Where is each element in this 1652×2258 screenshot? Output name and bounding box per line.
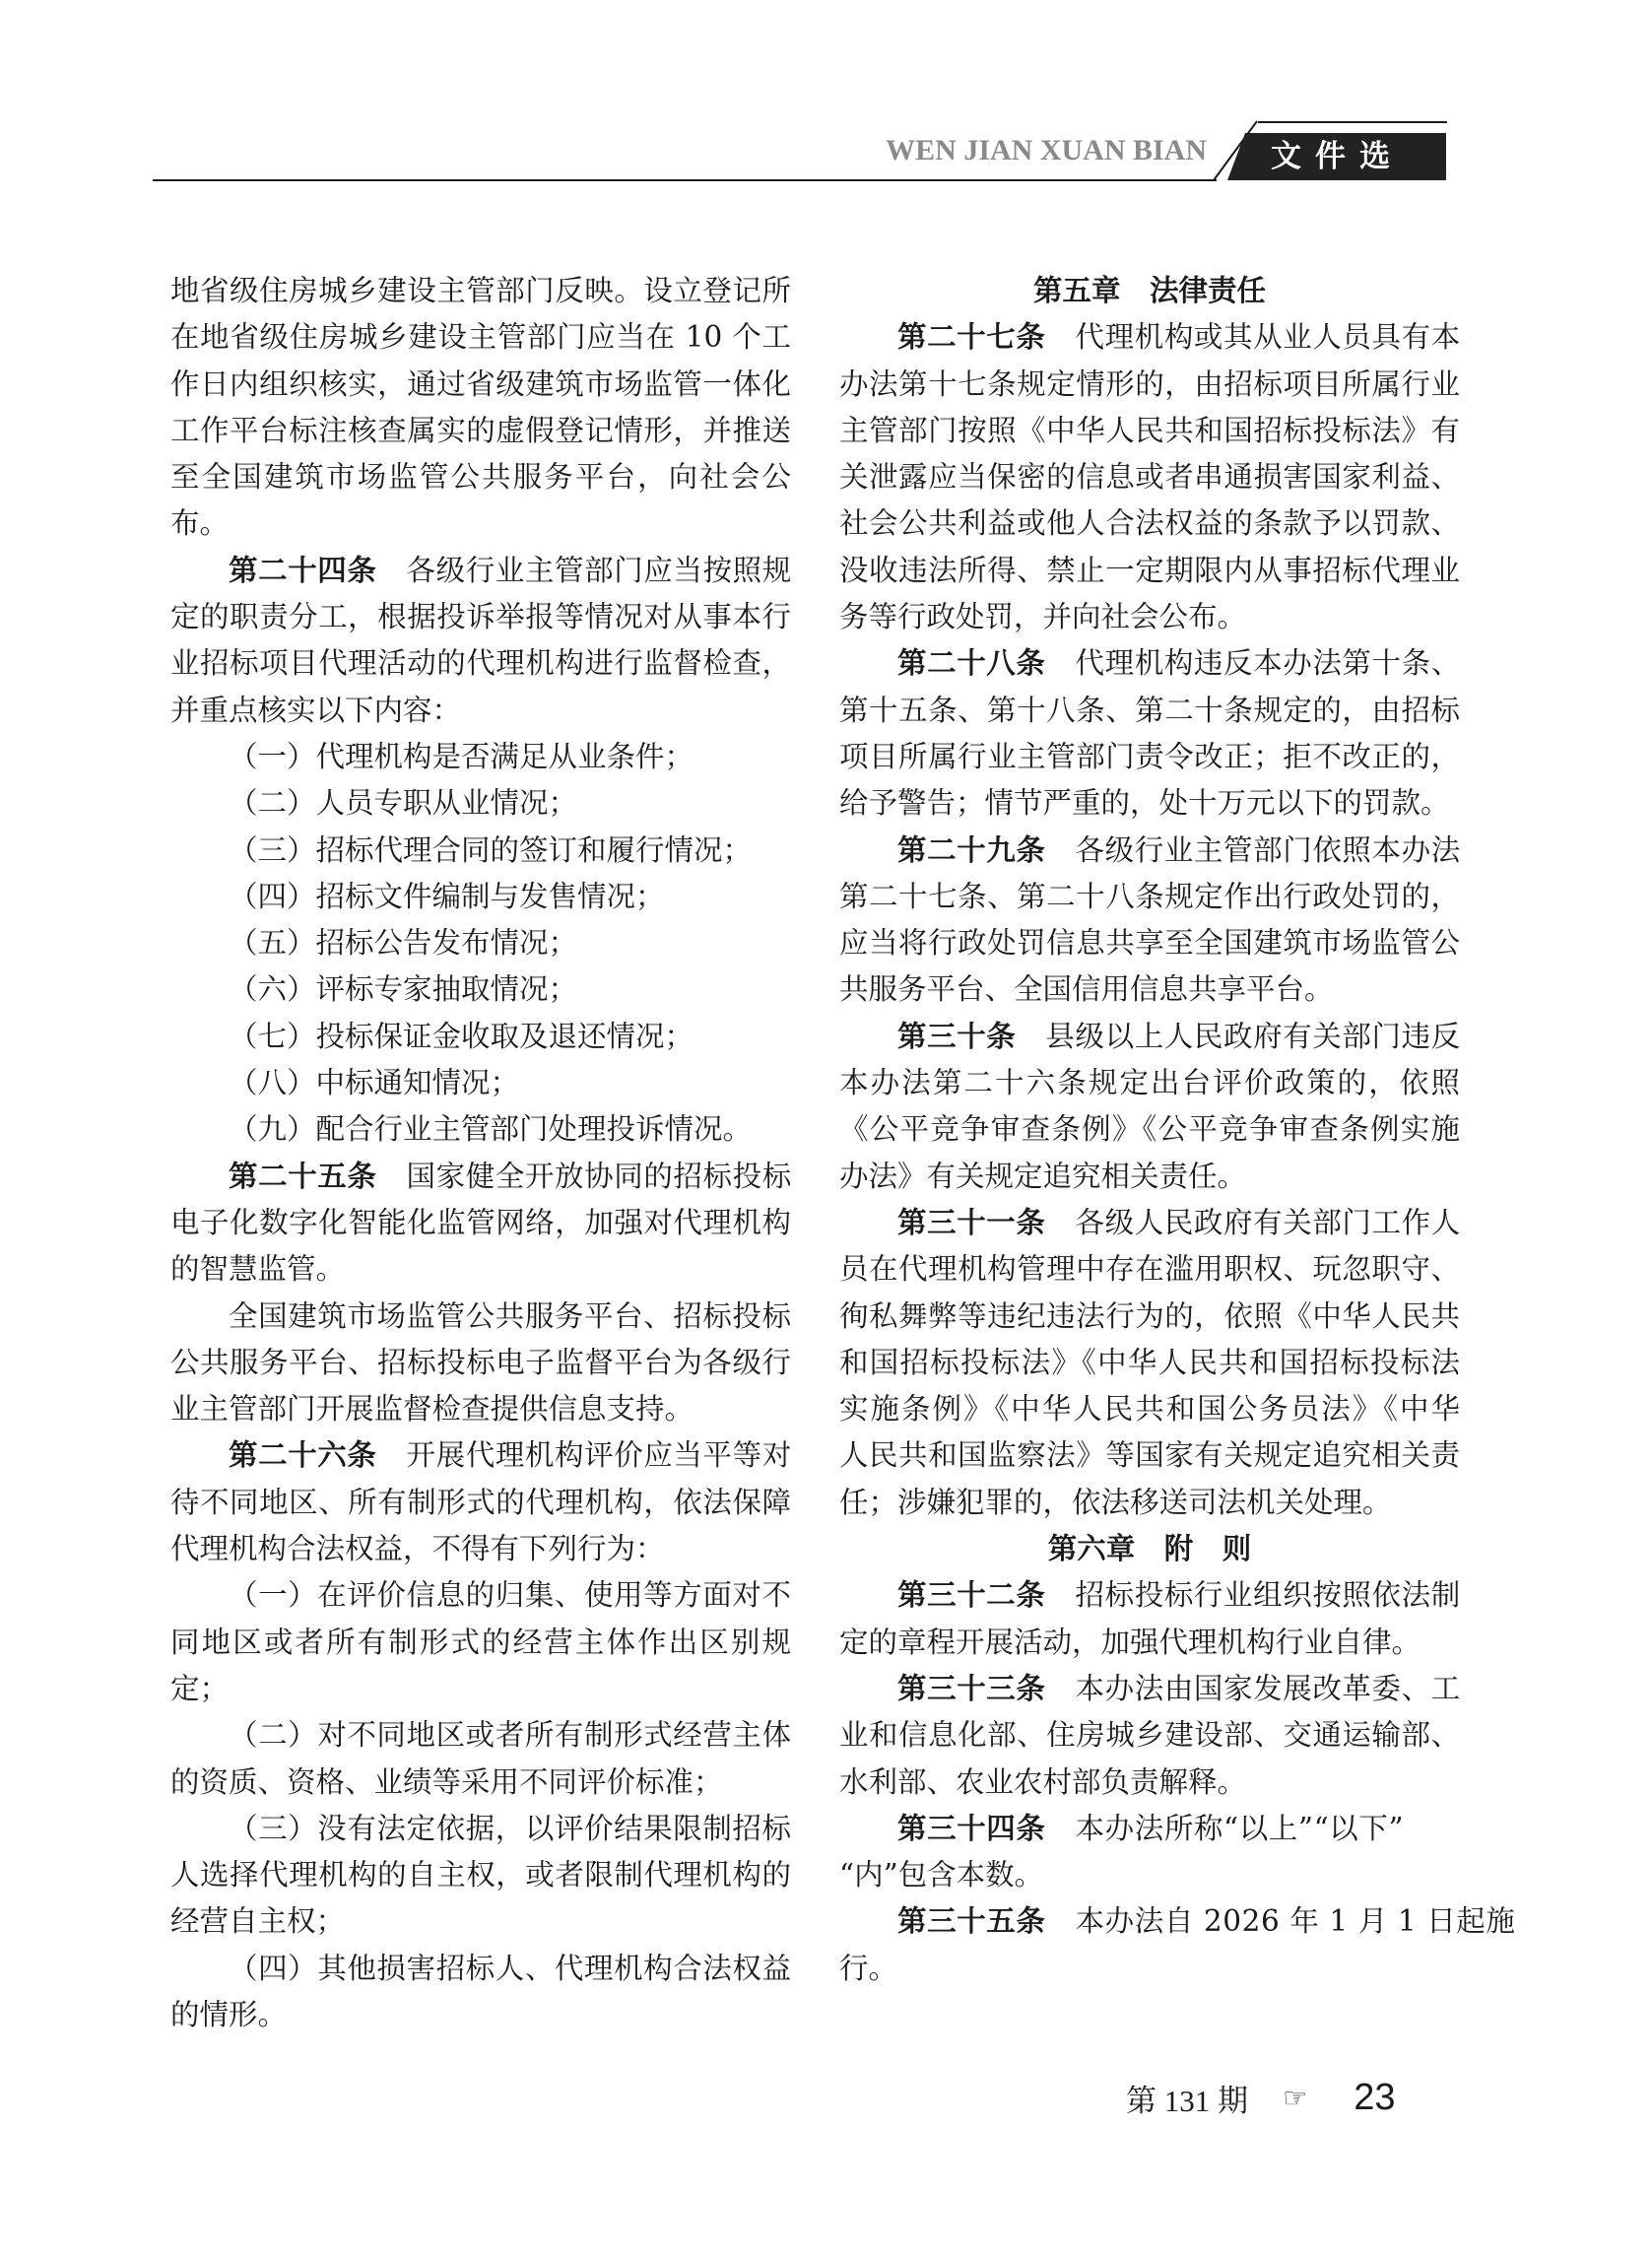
text-line: 共服务平台、全国信用信息共享平台。 [839,966,1460,1013]
list-item: （六）评标专家抽取情况； [170,966,791,1013]
text-line: 社会公共利益或他人合法权益的条款予以罚款、 [839,500,1460,547]
text-line: 业招标项目代理活动的代理机构进行监督检查， [170,640,791,687]
header-top-rule [1258,121,1447,123]
article-label: 第二十六条 [229,1438,377,1472]
text-line: 第三十五条本办法自 2026 年 1 月 1 日起施 [839,1898,1460,1945]
text-line: 经营自主权； [170,1898,791,1945]
left-column: 地省级住房城乡建设主管部门反映。设立登记所在地省级住房城乡建设主管部门应当在 1… [170,268,791,2038]
text-line: 第二十七条代理机构或其从业人员具有本 [839,314,1460,361]
list-item: （五）招标公告发布情况； [170,920,791,966]
text-line: 第二十五条国家健全开放协同的招标投标 [170,1154,791,1200]
article-label: 第三十一条 [897,1206,1046,1239]
text-line: 第十五条、第十八条、第二十条规定的，由招标 [839,688,1460,734]
text-line: 实施条例》《中华人民共和国公务员法》《中华 [839,1386,1460,1432]
article: 第三十三条本办法由国家发展改革委、工业和信息化部、住房城乡建设部、交通运输部、水… [839,1666,1460,1806]
text-line: 和国招标投标法》《中华人民共和国招标投标法 [839,1340,1460,1386]
article-label: 第二十八条 [897,646,1046,680]
paragraph: 全国建筑市场监管公共服务平台、招标投标公共服务平台、招标投标电子监督平台为各级行… [170,1294,791,1433]
text-line: 的智慧监管。 [170,1246,791,1293]
text-line: “内”包含本数。 [839,1852,1460,1898]
text-line: 人民共和国监察法》等国家有关规定追究相关责 [839,1432,1460,1479]
article: 第二十六条开展代理机构评价应当平等对待不同地区、所有制形式的代理机构，依法保障代… [170,1432,791,1572]
text-line: 布。 [170,500,791,547]
chapter-heading: 第五章 法律责任 [839,268,1460,314]
article: 第二十四条各级行业主管部门应当按照规定的职责分工，根据投诉举报等情况对从事本行业… [170,548,791,734]
text-line: 第三十一条各级人民政府有关部门工作人 [839,1200,1460,1246]
text-line: 第二十八条代理机构违反本办法第十条、 [839,640,1460,687]
text-line: 水利部、农业农村部负责解释。 [839,1760,1460,1806]
text-line: 应当将行政处罚信息共享至全国建筑市场监管公 [839,920,1460,966]
page-footer: 第 131 期 ☞ 23 [1126,2076,1396,2115]
text-line: 第二十四条各级行业主管部门应当按照规 [170,548,791,594]
text-line: 代理机构合法权益，不得有下列行为： [170,1526,791,1572]
article-label: 第三十四条 [897,1812,1046,1845]
article-label: 第三十二条 [897,1578,1046,1612]
article: 第二十九条各级行业主管部门依照本办法第二十七条、第二十八条规定作出行政处罚的，应… [839,828,1460,1014]
paragraph: 地省级住房城乡建设主管部门反映。设立登记所在地省级住房城乡建设主管部门应当在 1… [170,268,791,548]
pointing-hand-icon: ☞ [1283,2082,1307,2114]
text-line: 《公平竞争审查条例》《公平竞争审查条例实施 [839,1106,1460,1153]
text-line: 同地区或者所有制形式的经营主体作出区别规 [170,1620,791,1666]
article: 第三十条县级以上人民政府有关部门违反本办法第二十六条规定出台评价政策的，依照《公… [839,1014,1460,1200]
article-text: 县级以上人民政府有关部门违反 [1045,1020,1460,1053]
text-line: 定的职责分工，根据投诉举报等情况对从事本行 [170,594,791,640]
article-text: 本办法所称“以上”“以下” [1076,1812,1405,1845]
article-text: 代理机构违反本办法第十条、 [1076,646,1461,680]
text-line: 第三十条县级以上人民政府有关部门违反 [839,1014,1460,1060]
article-text: 开展代理机构评价应当平等对 [407,1438,792,1472]
list-item: （九）配合行业主管部门处理投诉情况。 [170,1106,791,1153]
text-line: 任；涉嫌犯罪的，依法移送司法机关处理。 [839,1480,1460,1526]
article-text: 国家健全开放协同的招标投标 [407,1160,792,1193]
text-line: 行。 [839,1946,1460,1992]
list-item: （三）招标代理合同的签订和履行情况； [170,828,791,874]
paragraph: （三）没有法定依据，以评价结果限制招标人选择代理机构的自主权，或者限制代理机构的… [170,1806,791,1946]
text-line: 第二十六条开展代理机构评价应当平等对 [170,1432,791,1479]
article-text: 各级人民政府有关部门工作人 [1076,1206,1461,1239]
article-label: 第三十三条 [897,1672,1046,1705]
text-line: 业主管部门开展监督检查提供信息支持。 [170,1386,791,1432]
text-line: （二）对不同地区或者所有制形式经营主体 [170,1712,791,1759]
article: 第三十四条本办法所称“以上”“以下”“内”包含本数。 [839,1806,1460,1899]
text-line: 定； [170,1666,791,1712]
article-label: 第二十五条 [229,1160,377,1193]
article: 第二十八条代理机构违反本办法第十条、第十五条、第十八条、第二十条规定的，由招标项… [839,640,1460,827]
text-line: 全国建筑市场监管公共服务平台、招标投标 [170,1294,791,1340]
list-item: （七）投标保证金收取及退还情况； [170,1014,791,1060]
text-line: 电子化数字化智能化监管网络，加强对代理机构 [170,1200,791,1246]
article: 第三十二条招标投标行业组织按照依法制定的章程开展活动，加强代理机构行业自律。 [839,1572,1460,1666]
text-line: 待不同地区、所有制形式的代理机构，依法保障 [170,1480,791,1526]
article: 第二十七条代理机构或其从业人员具有本办法第十七条规定情形的，由招标项目所属行业主… [839,314,1460,640]
article-text: 本办法自 2026 年 1 月 1 日起施 [1076,1904,1516,1938]
issue-number: 第 131 期 [1126,2084,1248,2118]
text-line: 作日内组织核实，通过省级建筑市场监管一体化 [170,362,791,408]
list-item: （八）中标通知情况； [170,1060,791,1106]
text-line: 至全国建筑市场监管公共服务平台，向社会公 [170,454,791,500]
article-label: 第二十四条 [229,554,377,587]
text-line: 第三十四条本办法所称“以上”“以下” [839,1806,1460,1852]
text-line: 办法》有关规定追究相关责任。 [839,1154,1460,1200]
list-item: （一）代理机构是否满足从业条件； [170,734,791,780]
article-label: 第三十条 [897,1020,1016,1053]
text-line: 徇私舞弊等违纪违法行为的，依照《中华人民共 [839,1294,1460,1340]
list-item: （四）招标文件编制与发售情况； [170,874,791,920]
page-number: 23 [1354,2077,1395,2119]
text-line: 主管部门按照《中华人民共和国招标投标法》有 [839,408,1460,454]
text-line: 给予警告；情节严重的，处十万元以下的罚款。 [839,780,1460,827]
text-line: 人选择代理机构的自主权，或者限制代理机构的 [170,1852,791,1898]
article-label: 第二十七条 [897,320,1046,354]
text-line: 的资质、资格、业绩等采用不同评价标准； [170,1760,791,1806]
text-line: 本办法第二十六条规定出台评价政策的，依照 [839,1060,1460,1106]
article-text: 招标投标行业组织按照依法制 [1076,1578,1461,1612]
text-line: 业和信息化部、住房城乡建设部、交通运输部、 [839,1712,1460,1759]
right-column: 第五章 法律责任第二十七条代理机构或其从业人员具有本办法第十七条规定情形的，由招… [839,268,1460,1992]
text-line: 第三十二条招标投标行业组织按照依法制 [839,1572,1460,1619]
text-line: 员在代理机构管理中存在滥用职权、玩忽职守、 [839,1246,1460,1293]
text-line: 没收违法所得、禁止一定期限内从事招标代理业 [839,548,1460,594]
article: 第三十一条各级人民政府有关部门工作人员在代理机构管理中存在滥用职权、玩忽职守、徇… [839,1200,1460,1526]
text-line: （一）在评价信息的归集、使用等方面对不 [170,1572,791,1619]
text-line: 关泄露应当保密的信息或者串通损害国家利益、 [839,454,1460,500]
article-text: 各级行业主管部门应当按照规 [407,554,792,587]
text-line: 第二十七条、第二十八条规定作出行政处罚的， [839,874,1460,920]
text-line: 第二十九条各级行业主管部门依照本办法 [839,828,1460,874]
article-text: 代理机构或其从业人员具有本 [1076,320,1461,354]
text-line: 并重点核实以下内容： [170,688,791,734]
paragraph: （二）对不同地区或者所有制形式经营主体的资质、资格、业绩等采用不同评价标准； [170,1712,791,1806]
article: 第二十五条国家健全开放协同的招标投标电子化数字化智能化监管网络，加强对代理机构的… [170,1154,791,1294]
paragraph: （四）其他损害招标人、代理机构合法权益的情形。 [170,1946,791,2039]
text-line: 工作平台标注核查属实的虚假登记情形，并推送 [170,408,791,454]
text-line: 务等行政处罚，并向社会公布。 [839,594,1460,640]
section-title-chinese: 文件选编 [1271,136,1438,177]
article-text: 各级行业主管部门依照本办法 [1076,833,1461,867]
text-line: 地省级住房城乡建设主管部门反映。设立登记所 [170,268,791,314]
text-line: 项目所属行业主管部门责令改正；拒不改正的， [839,734,1460,780]
article-text: 本办法由国家发展改革委、工 [1076,1672,1461,1705]
text-line: 公共服务平台、招标投标电子监督平台为各级行 [170,1340,791,1386]
article-label: 第二十九条 [897,833,1046,867]
section-title-english: WEN JIAN XUAN BIAN [872,134,1207,167]
text-line: 在地省级住房城乡建设主管部门应当在 10 个工 [170,314,791,361]
chapter-heading: 第六章 附 则 [839,1526,1460,1572]
text-line: 第三十三条本办法由国家发展改革委、工 [839,1666,1460,1712]
paragraph: （一）在评价信息的归集、使用等方面对不同地区或者所有制形式的经营主体作出区别规定… [170,1572,791,1712]
text-line: （三）没有法定依据，以评价结果限制招标 [170,1806,791,1852]
text-line: 的情形。 [170,1992,791,2038]
article: 第三十五条本办法自 2026 年 1 月 1 日起施行。 [839,1898,1460,1992]
text-line: 办法第十七条规定情形的，由招标项目所属行业 [839,362,1460,408]
header-rule [153,179,1217,181]
article-label: 第三十五条 [897,1904,1046,1938]
item-list: （一）代理机构是否满足从业条件；（二）人员专职从业情况；（三）招标代理合同的签订… [170,734,791,1154]
text-line: 定的章程开展活动，加强代理机构行业自律。 [839,1620,1460,1666]
list-item: （二）人员专职从业情况； [170,780,791,827]
text-line: （四）其他损害招标人、代理机构合法权益 [170,1946,791,1992]
